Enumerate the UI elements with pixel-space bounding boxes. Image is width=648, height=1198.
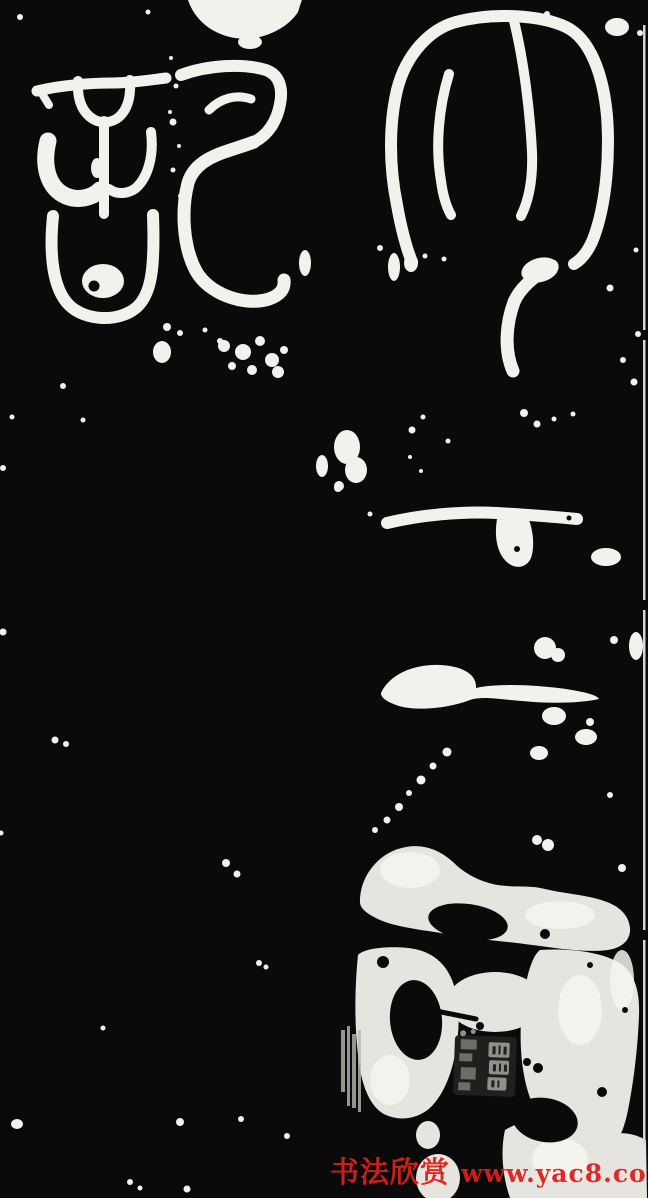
calligraphy-rubbing-image: 記 月	[0, 0, 648, 1198]
site-watermark: 书法欣赏 www.yac8.com	[330, 1150, 648, 1186]
rubbing-artwork: 記 月	[0, 0, 648, 1198]
collector-seal-stamp	[453, 1028, 517, 1097]
watermark-site-url: www.yac8.com	[461, 1159, 648, 1188]
sheet-edge-line	[643, 25, 646, 1145]
watermark-site-name: 书法欣赏	[330, 1150, 450, 1191]
